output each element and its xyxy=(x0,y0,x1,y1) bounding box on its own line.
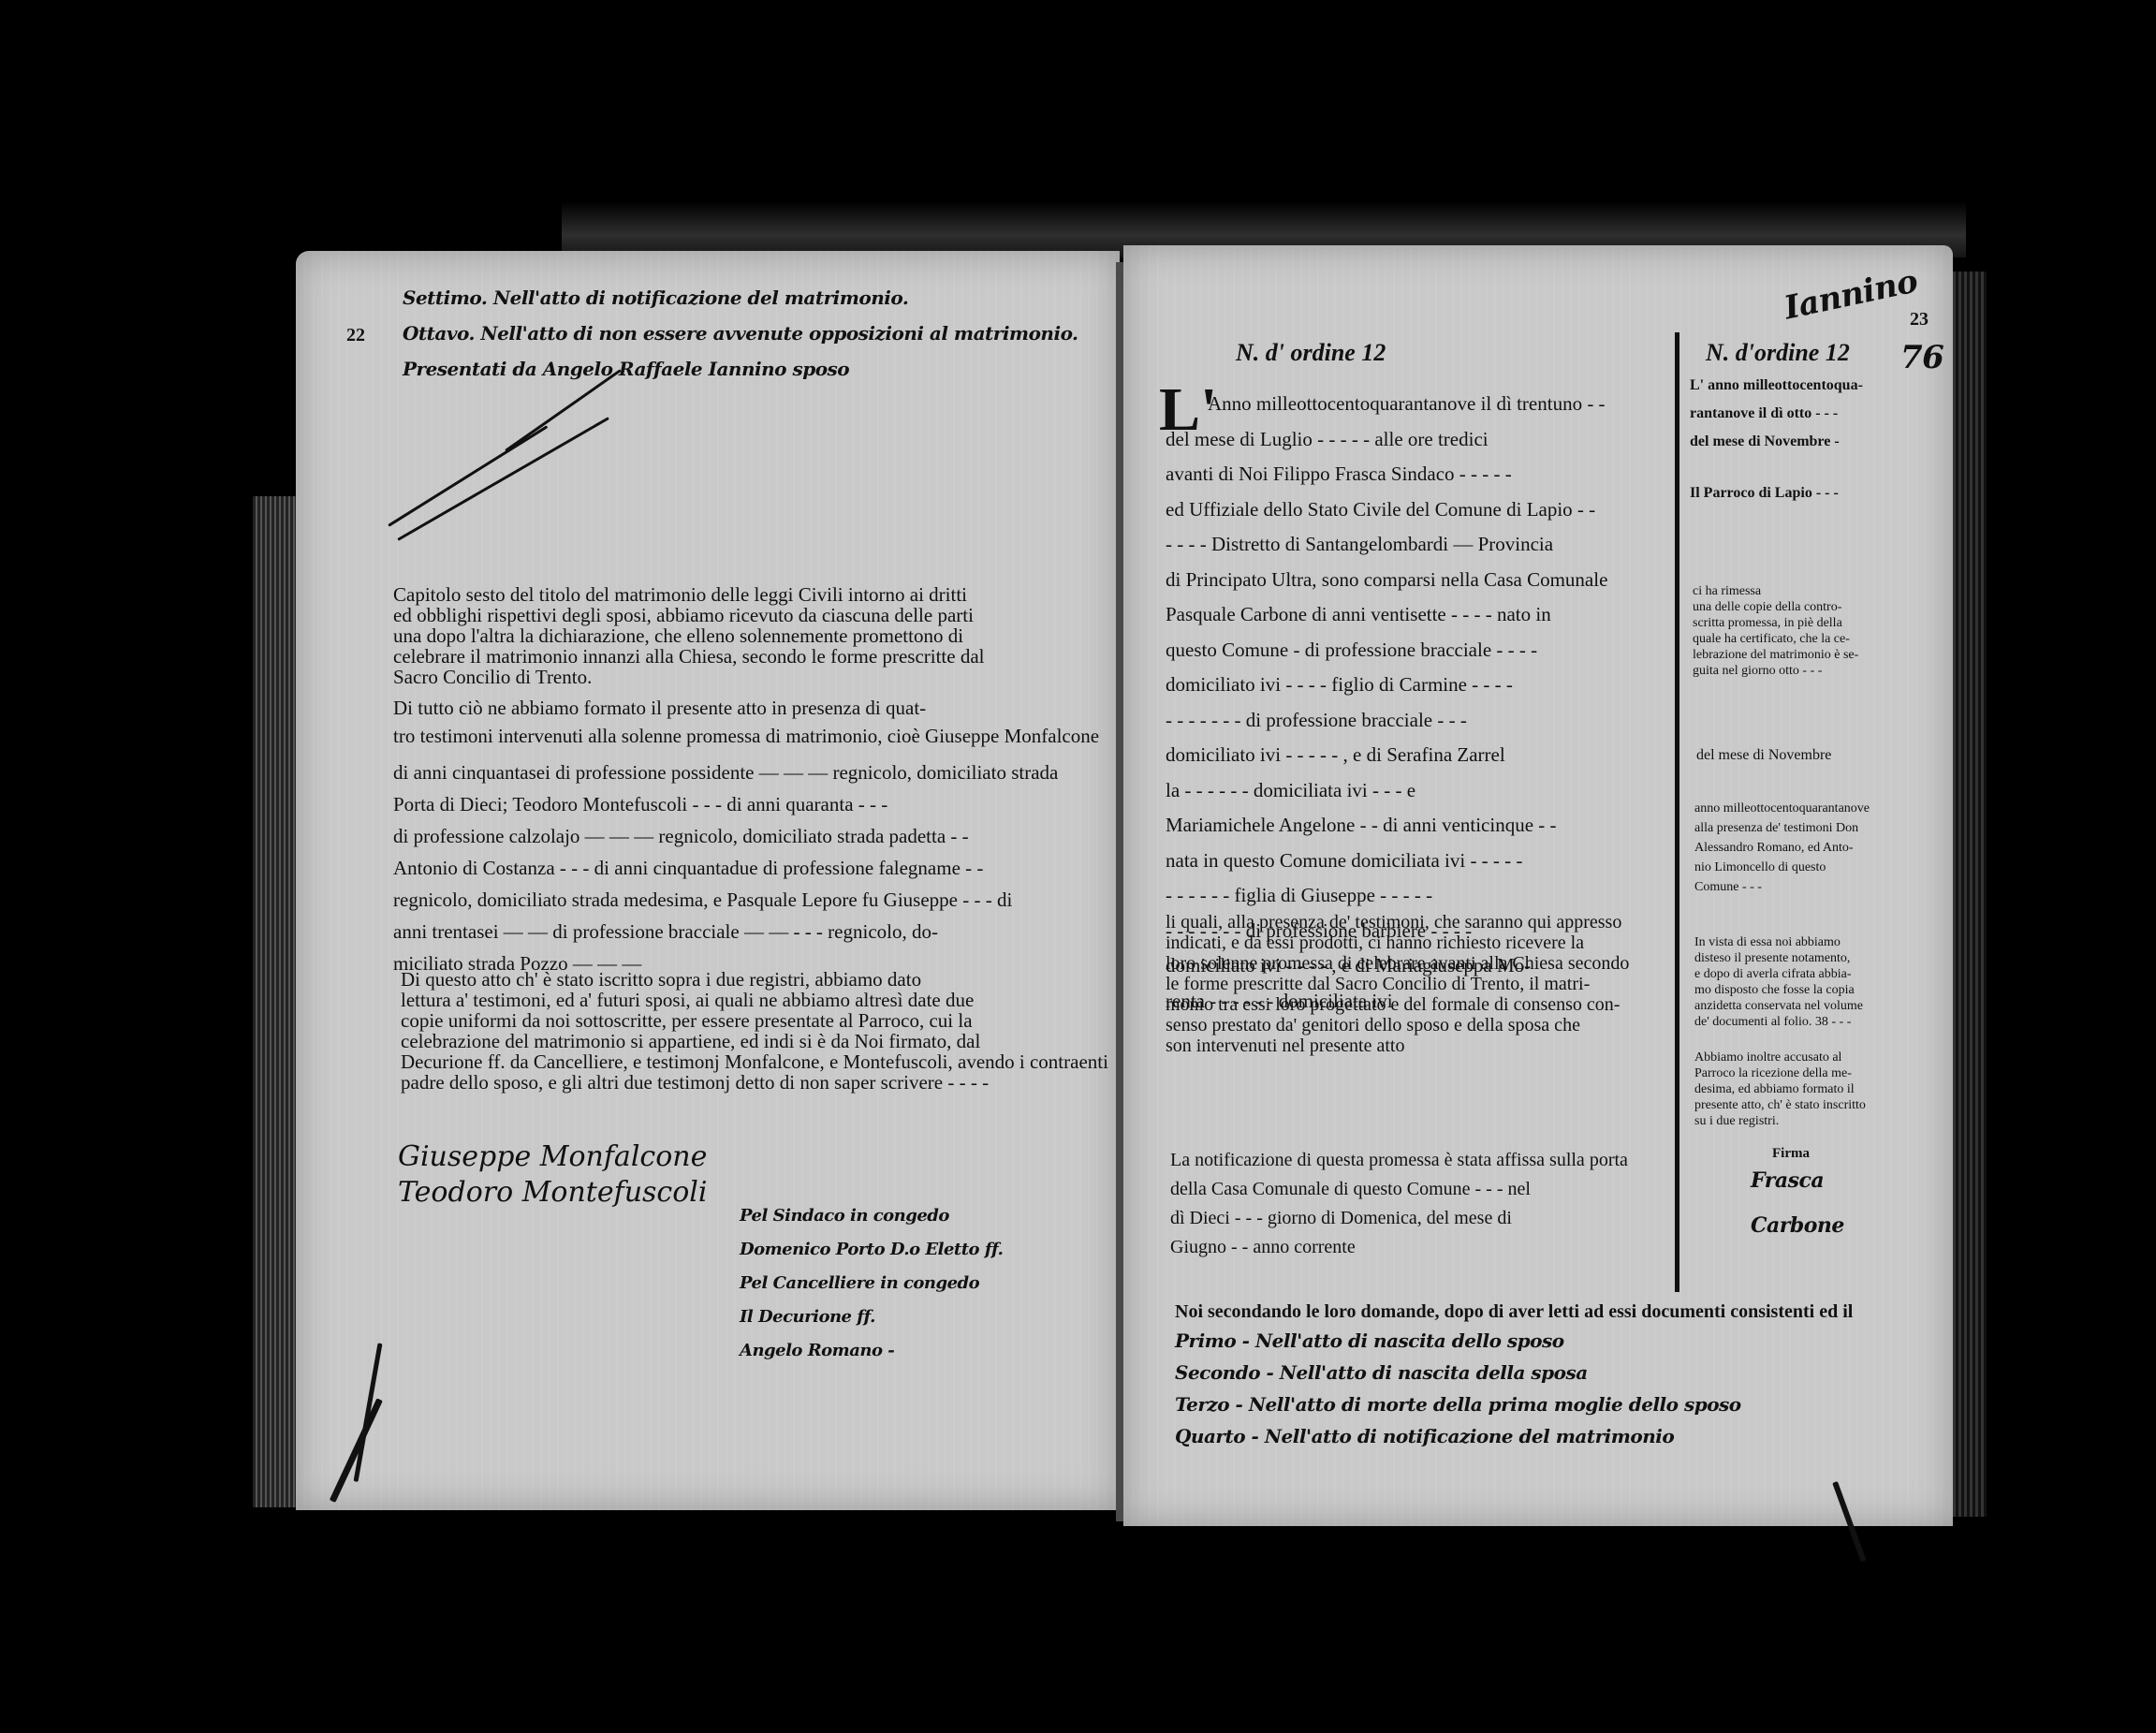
act-line: Mariamichele Angelone - - di anni ventic… xyxy=(1166,813,1557,837)
official-signature: Angelo Romano - xyxy=(740,1341,894,1360)
closing-line: padre dello sposo, e gli altri due testi… xyxy=(401,1070,989,1094)
witness-line: di professione calzolajo — — — regnicolo… xyxy=(393,824,969,848)
notification-line: dì Dieci - - - giorno di Domenica, del m… xyxy=(1170,1206,1512,1230)
act-line: questo Comune - di professione bracciale… xyxy=(1166,638,1537,662)
page-edges-left xyxy=(253,496,296,1507)
witness-signature: Giuseppe Monfalcone xyxy=(398,1140,707,1173)
body-line: Sacro Concilio di Trento. xyxy=(393,665,592,689)
act-line: - - - - - - figlia di Giuseppe - - - - - xyxy=(1166,883,1432,907)
handwritten-line: Ottavo. Nell'atto di non essere avvenute… xyxy=(403,321,1078,345)
act-line: domiciliato ivi - - - - - , e di Serafin… xyxy=(1166,742,1505,767)
official-signature: Il Decurione ff. xyxy=(740,1307,875,1327)
official-signature: Pel Cancelliere in congedo xyxy=(740,1273,979,1293)
handwritten-line: Settimo. Nell'atto di notificazione del … xyxy=(403,286,908,310)
official-signature: Pel Sindaco in congedo xyxy=(740,1206,949,1226)
act-line: di Principato Ultra, sono comparsi nella… xyxy=(1166,567,1607,592)
notification-line: della Casa Comunale di questo Comune - -… xyxy=(1170,1177,1531,1201)
page-number: 22 xyxy=(346,325,365,346)
request-line: son intervenuti nel presente atto xyxy=(1166,1034,1404,1058)
parroco-line: Il Parroco di Lapio - - - xyxy=(1690,482,1839,505)
act-line: nata in questo Comune domiciliata ivi - … xyxy=(1166,848,1522,873)
margin-line: guita nel giorno otto - - - xyxy=(1693,660,1822,683)
act-line: Anno milleottocentoquarantanove il dì tr… xyxy=(1208,391,1606,416)
documents-intro: Noi secondando le loro domande, dopo di … xyxy=(1175,1300,1853,1324)
firma-signature: Carbone xyxy=(1751,1213,1844,1238)
witness-line: Porta di Dieci; Teodoro Montefuscoli - -… xyxy=(393,792,887,816)
margin-line: L' anno milleottocentoqua- xyxy=(1690,375,1863,397)
act-line: domiciliato ivi - - - - figlio di Carmin… xyxy=(1166,672,1513,697)
book-gutter xyxy=(1116,262,1123,1521)
margin-line: del mese di Novembre - xyxy=(1690,431,1840,453)
margin-order-header: N. d'ordine 12 xyxy=(1706,339,1850,367)
folio-handwritten: 76 xyxy=(1900,339,1943,376)
firma-label: Firma xyxy=(1772,1142,1810,1165)
act-line: - - - - Distretto di Santangelombardi — … xyxy=(1166,532,1553,556)
act-line: la - - - - - - domiciliata ivi - - - e xyxy=(1166,778,1415,802)
witness-line: Antonio di Costanza - - - di anni cinqua… xyxy=(393,856,983,880)
witness-line: anni trentasei — — di professione bracci… xyxy=(393,919,938,944)
margin-line: rantanove il dì otto - - - xyxy=(1690,403,1838,425)
left-page xyxy=(296,251,1120,1510)
notification-line: Giugno - - anno corrente xyxy=(1170,1235,1356,1259)
witness-intro-line: Di tutto ciò ne abbiamo formato il prese… xyxy=(393,696,926,720)
margin-vista-line: de' documenti al folio. 38 - - - xyxy=(1694,1011,1851,1034)
column-divider xyxy=(1675,332,1679,1292)
margin-accusato-line: su i due registri. xyxy=(1694,1110,1779,1133)
witness-signature: Teodoro Montefuscoli xyxy=(398,1176,707,1209)
margin-month-line: del mese di Novembre xyxy=(1696,744,1831,767)
folio-number: 23 xyxy=(1910,309,1929,330)
official-signature: Domenico Porto D.o Eletto ff. xyxy=(740,1240,1003,1259)
act-line: del mese di Luglio - - - - - alle ore tr… xyxy=(1166,427,1489,451)
act-line: Pasquale Carbone di anni ventisette - - … xyxy=(1166,602,1551,626)
act-line: ed Uffiziale dello Stato Civile del Comu… xyxy=(1166,497,1595,521)
page-edges-right xyxy=(1953,272,1987,1517)
firma-signature: Frasca xyxy=(1751,1168,1824,1193)
order-header: N. d' ordine 12 xyxy=(1236,339,1386,367)
act-line: - - - - - - - di professione bracciale -… xyxy=(1166,708,1467,732)
document-item: Quarto - Nell'atto di notificazione del … xyxy=(1175,1425,1674,1447)
witness-line: regnicolo, domiciliato strada medesima, … xyxy=(393,888,1012,912)
witness-intro-line: tro testimoni intervenuti alla solenne p… xyxy=(393,724,1099,748)
handwritten-line: Presentati da Angelo Raffaele Iannino sp… xyxy=(403,357,849,381)
act-line: avanti di Noi Filippo Frasca Sindaco - -… xyxy=(1166,462,1512,486)
notification-line: La notificazione di questa promessa è st… xyxy=(1170,1148,1628,1172)
witness-line: di anni cinquantasei di professione poss… xyxy=(393,760,1058,785)
margin-witness-line: Comune - - - xyxy=(1694,876,1762,899)
document-item: Terzo - Nell'atto di morte della prima m… xyxy=(1175,1393,1741,1416)
document-item: Secondo - Nell'atto di nascita della spo… xyxy=(1175,1361,1588,1384)
document-item: Primo - Nell'atto di nascita dello sposo xyxy=(1175,1329,1564,1352)
